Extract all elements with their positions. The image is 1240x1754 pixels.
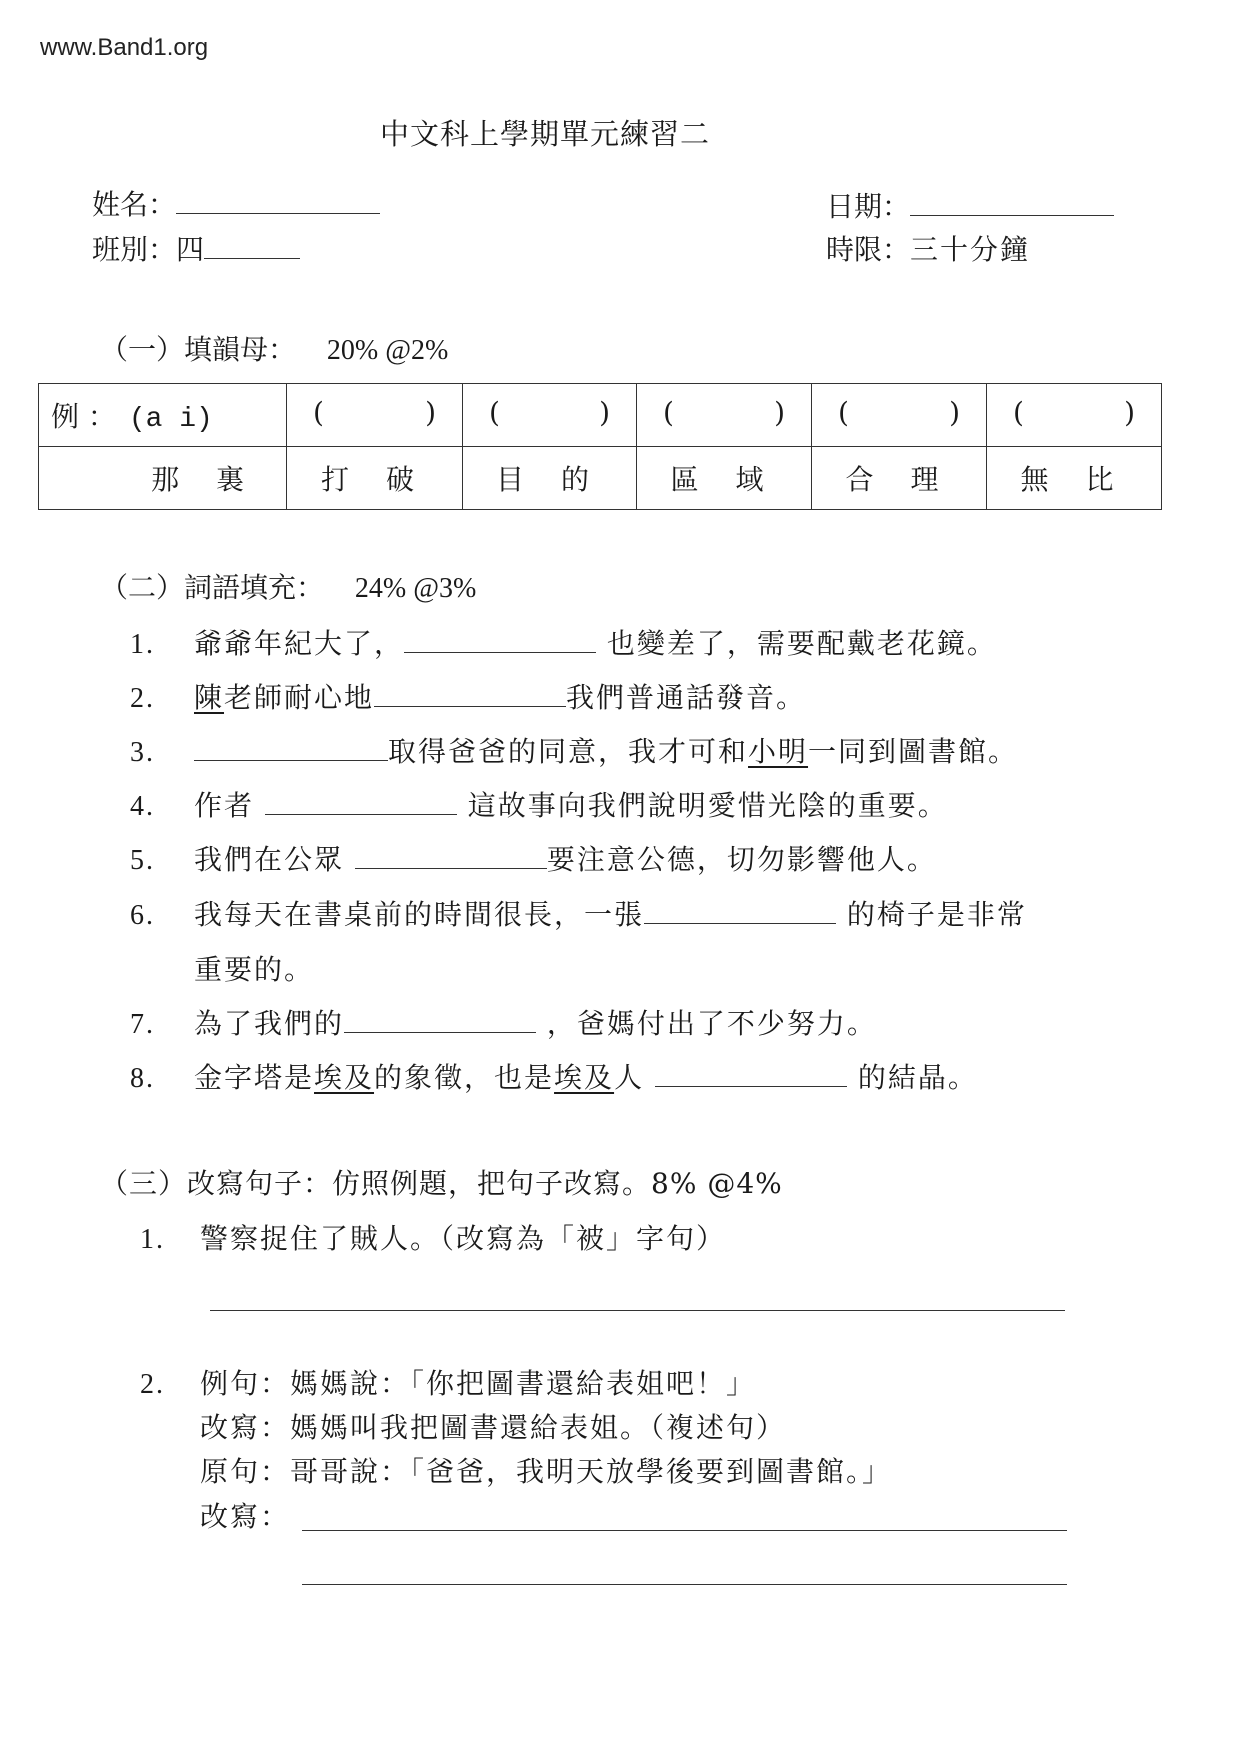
paren-close: )	[949, 396, 960, 429]
paren-close: )	[1124, 396, 1135, 429]
paren-open: (	[489, 396, 500, 429]
item-text: 也變差了，需要配戴老花鏡。	[596, 627, 997, 660]
item-number: 5.	[130, 845, 194, 877]
fill-item-4: 4.作者 這故事向我們說明愛惜光陰的重要。	[130, 784, 948, 824]
word-cell-4: 區 域	[637, 447, 812, 510]
proper-noun: 埃及	[554, 1061, 614, 1094]
word-cell-5: 合 理	[812, 447, 987, 510]
answer-cell-2[interactable]: ()	[463, 384, 637, 447]
word-cell-3: 目 的	[463, 447, 637, 510]
paren-open: (	[663, 396, 674, 429]
item-number: 7.	[130, 1009, 194, 1041]
fill-blank-7[interactable]	[344, 1010, 536, 1033]
item-text: 人	[614, 1061, 655, 1094]
item-text: 取得爸爸的同意，我才可和	[388, 735, 748, 768]
item-text: 的結晶。	[847, 1061, 978, 1094]
date-label: 日期：	[826, 190, 910, 223]
original-text: 哥哥說：「爸爸，我明天放學後要到圖書館。」	[290, 1455, 892, 1488]
name-label: 姓名：	[92, 188, 176, 221]
item-number: 1.	[130, 629, 194, 661]
fill-item-6-continuation: 重要的。	[194, 948, 314, 988]
name-field: 姓名：	[92, 183, 380, 223]
example-label: 例 ：	[51, 400, 116, 433]
example-cell: 例 ： (a i)	[39, 384, 287, 447]
fill-blank-6[interactable]	[644, 901, 836, 924]
paren-close: )	[425, 396, 436, 429]
rewrite-text: 媽媽叫我把圖書還給表姐。（複述句）	[290, 1411, 786, 1444]
item-number: 1.	[140, 1224, 200, 1256]
date-blank[interactable]	[910, 193, 1114, 216]
paren-close: )	[599, 396, 610, 429]
item-text: 這故事向我們說明愛惜光陰的重要。	[457, 789, 948, 822]
paren-open: (	[1013, 396, 1024, 429]
class-blank[interactable]	[204, 236, 300, 259]
item-text: ，爸媽付出了不少努力。	[536, 1007, 877, 1040]
name-blank[interactable]	[176, 191, 380, 214]
item-text: 要注意公德，切勿影響他人。	[547, 843, 937, 876]
rewrite-item-2-original: 原句：哥哥說：「爸爸，我明天放學後要到圖書館。」	[200, 1450, 892, 1490]
watermark-url: www.Band1.org	[40, 34, 208, 62]
answer-line-2[interactable]	[302, 1530, 1067, 1531]
section1-score: 20% @2%	[327, 335, 448, 366]
answer-line-3[interactable]	[302, 1584, 1067, 1585]
fill-item-7: 7.為了我們的 ，爸媽付出了不少努力。	[130, 1002, 877, 1042]
proper-noun: 埃及	[314, 1061, 374, 1094]
answer-row: 例 ： (a i) () () () () ()	[39, 384, 1162, 447]
example-text: 媽媽說：「你把圖書還給表姐吧！」	[290, 1367, 756, 1400]
time-limit-field: 時限：三十分鐘	[826, 228, 1030, 268]
paren-open: (	[838, 396, 849, 429]
section2-heading: （二）詞語填充： 24% @3%	[100, 566, 476, 606]
fill-blank-2[interactable]	[374, 684, 566, 707]
example-label: 例句：	[200, 1367, 290, 1400]
fill-item-3: 3.取得爸爸的同意，我才可和小明一同到圖書館。	[130, 730, 1018, 770]
fill-item-1: 1.爺爺年紀大了， 也變差了，需要配戴老花鏡。	[130, 622, 997, 662]
item-text: 的象徵，也是	[374, 1061, 554, 1094]
fill-blank-1[interactable]	[404, 630, 596, 653]
word-cell-2: 打 破	[287, 447, 463, 510]
item-text: 警察捉住了賊人。（改寫為「被」字句）	[200, 1222, 726, 1255]
section1-heading: （一）填韻母： 20% @2%	[100, 328, 448, 368]
item-number: 2.	[140, 1369, 200, 1401]
section2-score: 24% @3%	[355, 573, 476, 604]
answer-cell-1[interactable]: ()	[287, 384, 463, 447]
proper-noun: 陳	[194, 681, 224, 714]
rewrite-label: 改寫：	[200, 1411, 290, 1444]
fill-item-6: 6.我每天在書桌前的時間很長，一張 的椅子是非常	[130, 893, 1027, 933]
item-text: 一同到圖書館。	[808, 735, 1018, 768]
answer-cell-5[interactable]: ()	[987, 384, 1162, 447]
word-cell-6: 無 比	[987, 447, 1162, 510]
date-field: 日期：	[826, 185, 1114, 225]
pinyin-table: 例 ： (a i) () () () () () 那 裏 打 破 目 的 區 域…	[38, 383, 1162, 510]
answer-cell-4[interactable]: ()	[812, 384, 987, 447]
time-value: 三十分鐘	[910, 233, 1030, 266]
item-text: 我們在公眾	[194, 843, 355, 876]
fill-item-8: 8.金字塔是埃及的象徵，也是埃及人 的結晶。	[130, 1056, 978, 1096]
word-row: 那 裏 打 破 目 的 區 域 合 理 無 比	[39, 447, 1162, 510]
item-text: 金字塔是	[194, 1061, 314, 1094]
item-text: 我每天在書桌前的時間很長，一張	[194, 898, 644, 931]
section2-title: （二）詞語填充：	[100, 571, 324, 604]
fill-blank-5[interactable]	[355, 846, 547, 869]
item-number: 4.	[130, 791, 194, 823]
proper-noun: 小明	[748, 735, 808, 768]
rewrite-item-2-answer-label: 改寫：	[200, 1495, 290, 1535]
example-answer: (a i)	[129, 404, 213, 435]
class-value: 四	[176, 233, 204, 266]
page-title: 中文科上學期單元練習二	[380, 112, 710, 153]
fill-item-2: 2.陳老師耐心地我們普通話發音。	[130, 676, 806, 716]
original-label: 原句：	[200, 1455, 290, 1488]
paren-open: (	[313, 396, 324, 429]
section3-heading: （三）改寫句子：仿照例題，把句子改寫。8% @4%	[100, 1162, 783, 1202]
item-number: 2.	[130, 683, 194, 715]
word-cell-1: 那 裏	[39, 447, 287, 510]
section1-title: （一）填韻母：	[100, 333, 296, 366]
time-label: 時限：	[826, 233, 910, 266]
class-label: 班別：	[92, 233, 176, 266]
item-number: 6.	[130, 900, 194, 932]
class-field: 班別：四	[92, 228, 300, 268]
rewrite-item-2-rewrite-example: 改寫：媽媽叫我把圖書還給表姐。（複述句）	[200, 1406, 786, 1446]
answer-line-1[interactable]	[210, 1310, 1065, 1311]
item-text: 作者	[194, 789, 265, 822]
item-text: 老師耐心地	[224, 681, 374, 714]
paren-close: )	[774, 396, 785, 429]
item-text: 我們普通話發音。	[566, 681, 806, 714]
fill-blank-3[interactable]	[194, 738, 388, 761]
answer-cell-3[interactable]: ()	[637, 384, 812, 447]
rewrite-item-1: 1.警察捉住了賊人。（改寫為「被」字句）	[140, 1217, 726, 1257]
fill-item-5: 5.我們在公眾 要注意公德，切勿影響他人。	[130, 838, 937, 878]
item-text: 的椅子是非常	[836, 898, 1027, 931]
item-number: 3.	[130, 737, 194, 769]
item-number: 8.	[130, 1063, 194, 1095]
item-text: 為了我們的	[194, 1007, 344, 1040]
fill-blank-4[interactable]	[265, 792, 457, 815]
rewrite-item-2-example: 2.例句：媽媽說：「你把圖書還給表姐吧！」	[140, 1362, 756, 1402]
item-text: 爺爺年紀大了，	[194, 627, 404, 660]
fill-blank-8[interactable]	[655, 1064, 847, 1087]
